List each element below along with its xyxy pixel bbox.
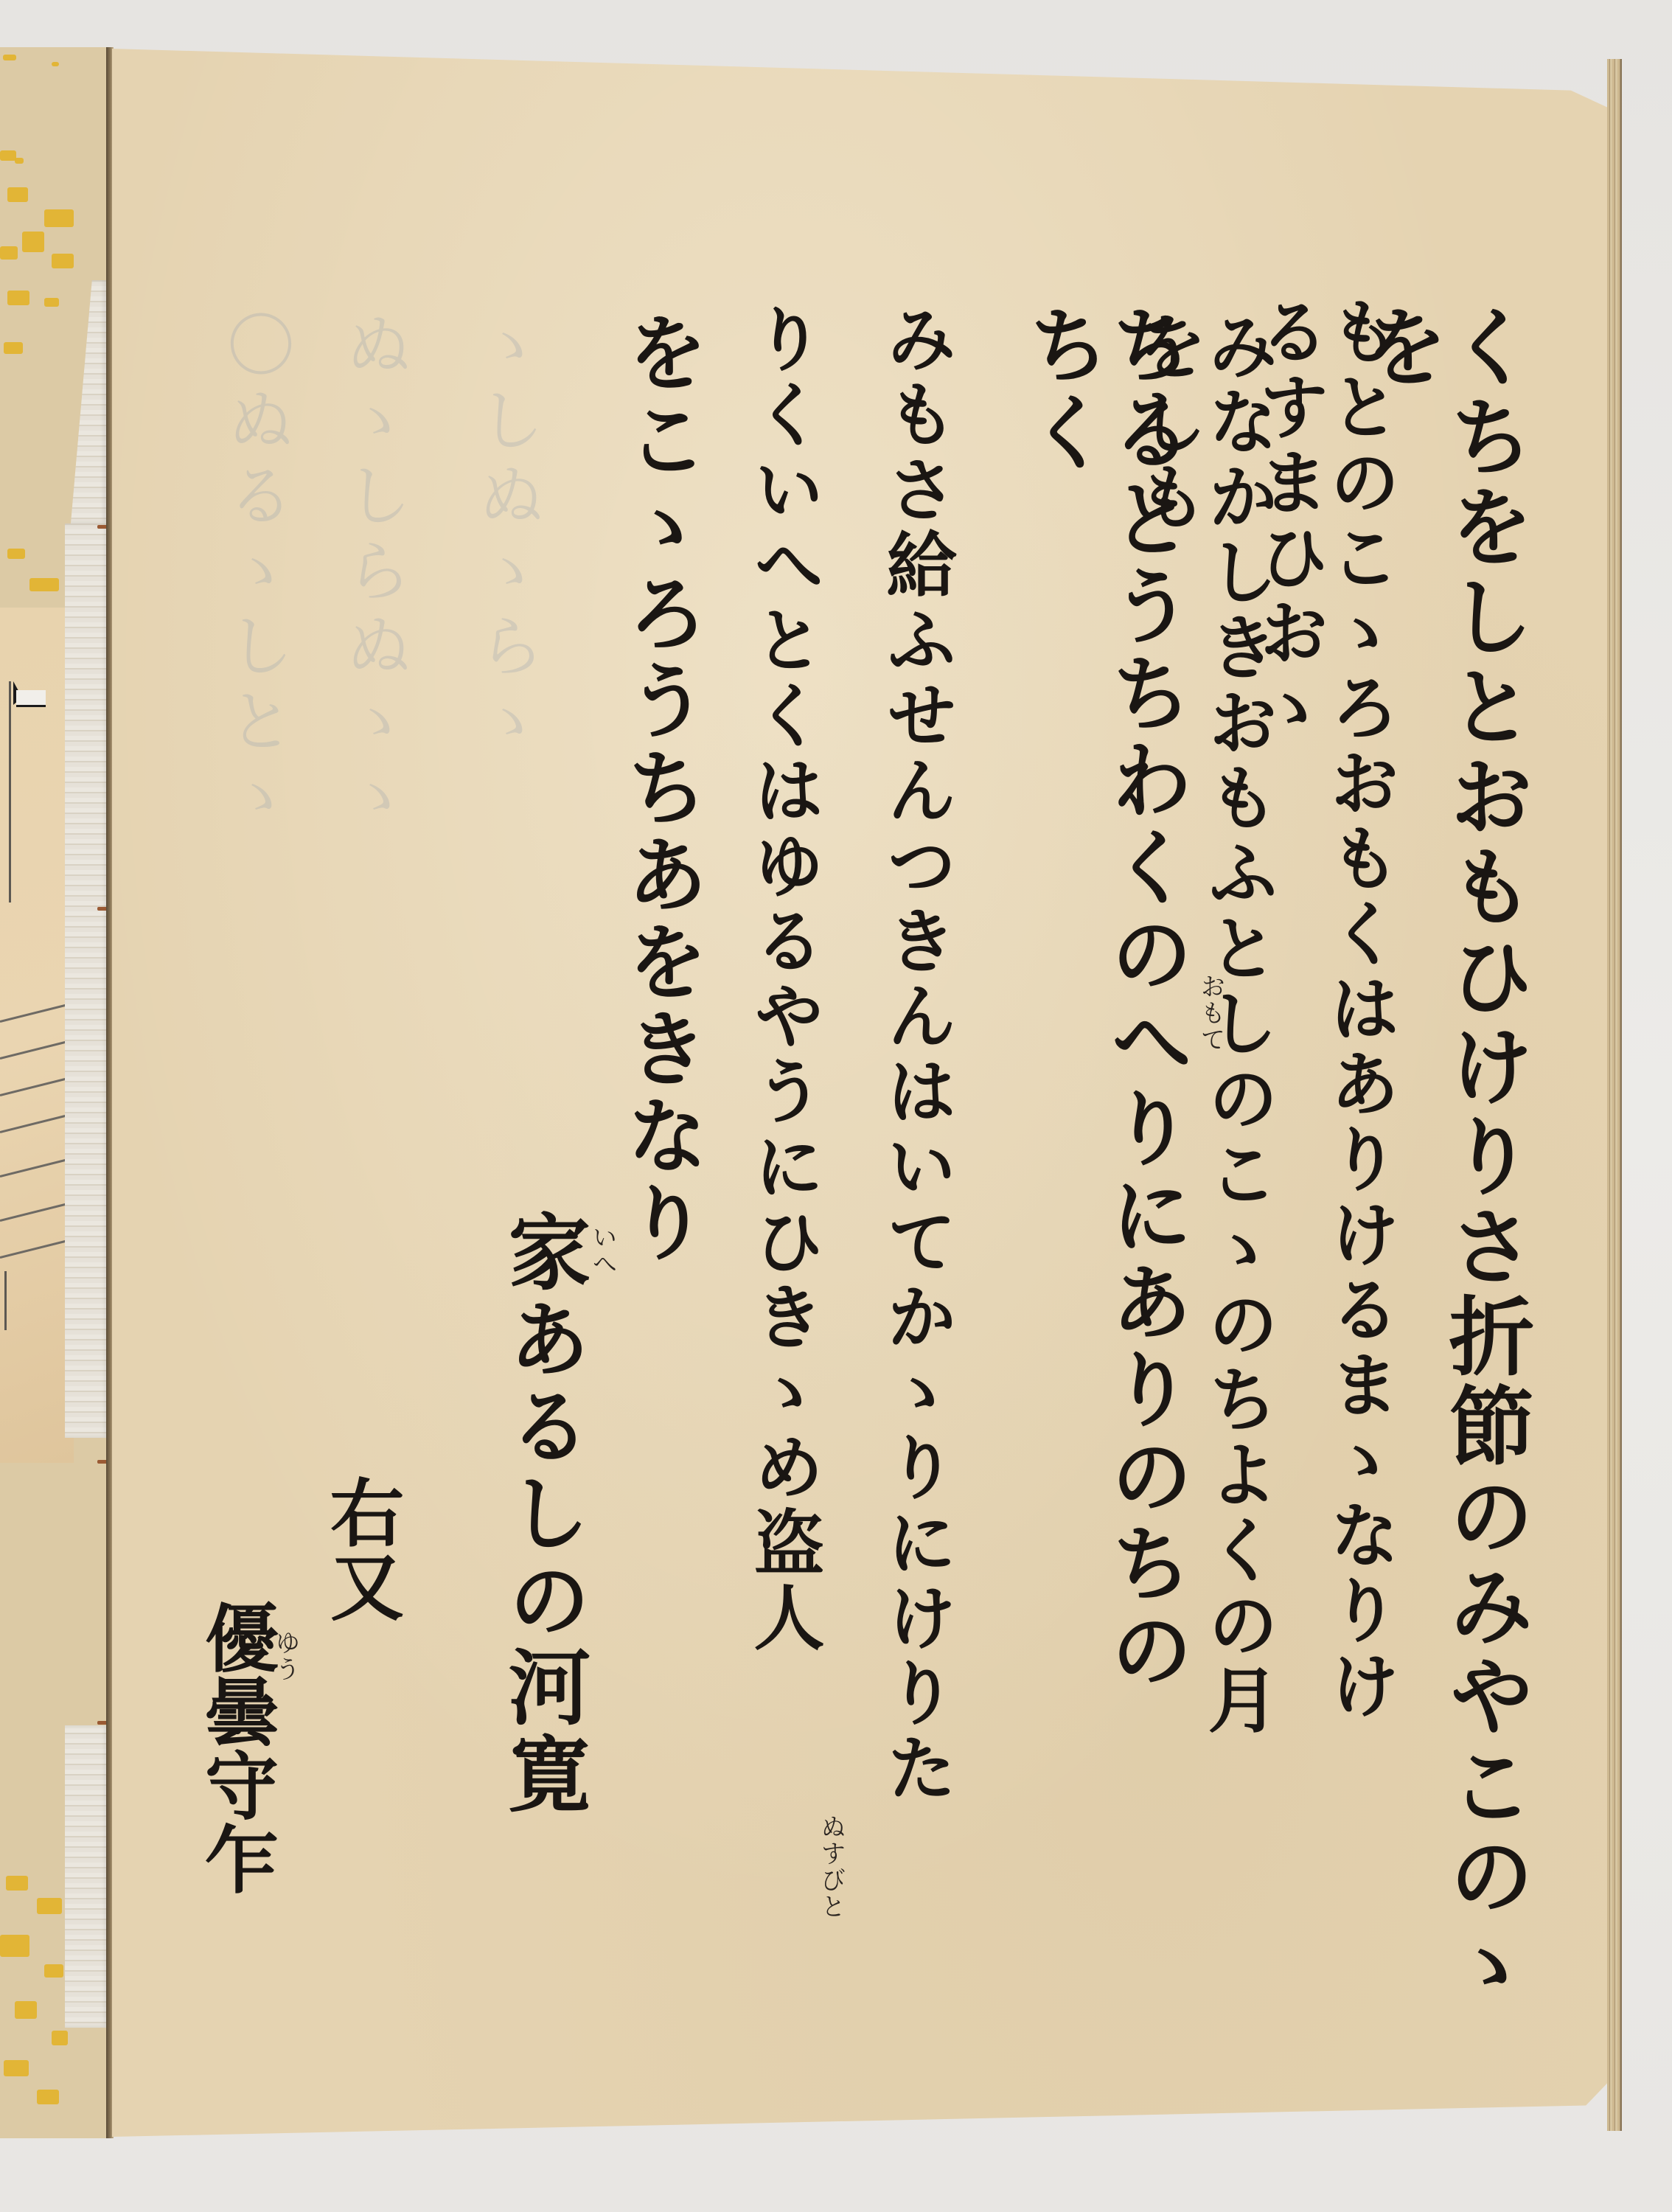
gold-leaf-fleck xyxy=(7,187,28,202)
gold-leaf-fleck xyxy=(0,1935,29,1957)
gold-leaf-fleck xyxy=(3,55,16,60)
gold-leaf-fleck xyxy=(4,342,23,354)
painting-panel xyxy=(16,690,46,707)
furigana-gloss: ぬすびと xyxy=(818,1814,843,1920)
gold-leaf-fleck xyxy=(0,246,18,260)
text-column-4: ちるとうちわくのへりにありのちのちく xyxy=(1021,302,1186,1777)
silk-binding-strip xyxy=(65,1725,108,2028)
architectural-painting xyxy=(0,608,74,1463)
gold-leaf-fleck xyxy=(44,1964,63,1978)
gold-leaf-fleck xyxy=(15,2001,37,2019)
gold-leaf-fleck xyxy=(29,578,59,591)
show-through-text: ぬゝしらぬゝゝ xyxy=(339,310,407,2006)
signature-column-1: 右又 xyxy=(324,1475,398,1622)
gold-leaf-fleck xyxy=(44,209,74,227)
text-column-5: みもさ給ふせんつきんはいてかゝりにけりた xyxy=(881,302,952,1998)
gold-leaf-fleck xyxy=(6,1876,28,1891)
signature-gloss: ゆう xyxy=(273,1630,298,1683)
text-column-8: 家あるしの河寛 xyxy=(501,1209,584,1888)
page-block-edges xyxy=(1607,59,1622,2131)
gold-leaf-fleck xyxy=(4,2060,29,2076)
signature-column-2: 優曇守乍 xyxy=(199,1600,273,1895)
gold-leaf-fleck xyxy=(44,298,59,307)
text-column-7: をこゝろうちあをきなり xyxy=(619,310,702,1379)
gold-leaf-fleck xyxy=(7,291,29,305)
painting-pillar xyxy=(4,1271,7,1330)
furigana-gloss: いへ xyxy=(590,1224,615,1277)
silk-binding-strip xyxy=(65,524,108,1438)
gold-leaf-fleck xyxy=(7,549,25,559)
painting-pillar xyxy=(9,681,11,902)
gold-leaf-fleck xyxy=(0,150,16,161)
gold-leaf-fleck xyxy=(52,2031,68,2045)
gold-leaf-fleck xyxy=(37,1898,62,1914)
text-column-6: りくいへとくはゆるやうにひきゝめ盗人 xyxy=(748,302,819,1998)
gold-leaf-fleck xyxy=(52,254,74,268)
gold-leaf-fleck xyxy=(37,2090,59,2104)
gold-leaf-fleck xyxy=(22,232,44,252)
furigana-gloss: おもて xyxy=(1198,973,1223,1053)
gold-leaf-fleck xyxy=(52,62,59,66)
